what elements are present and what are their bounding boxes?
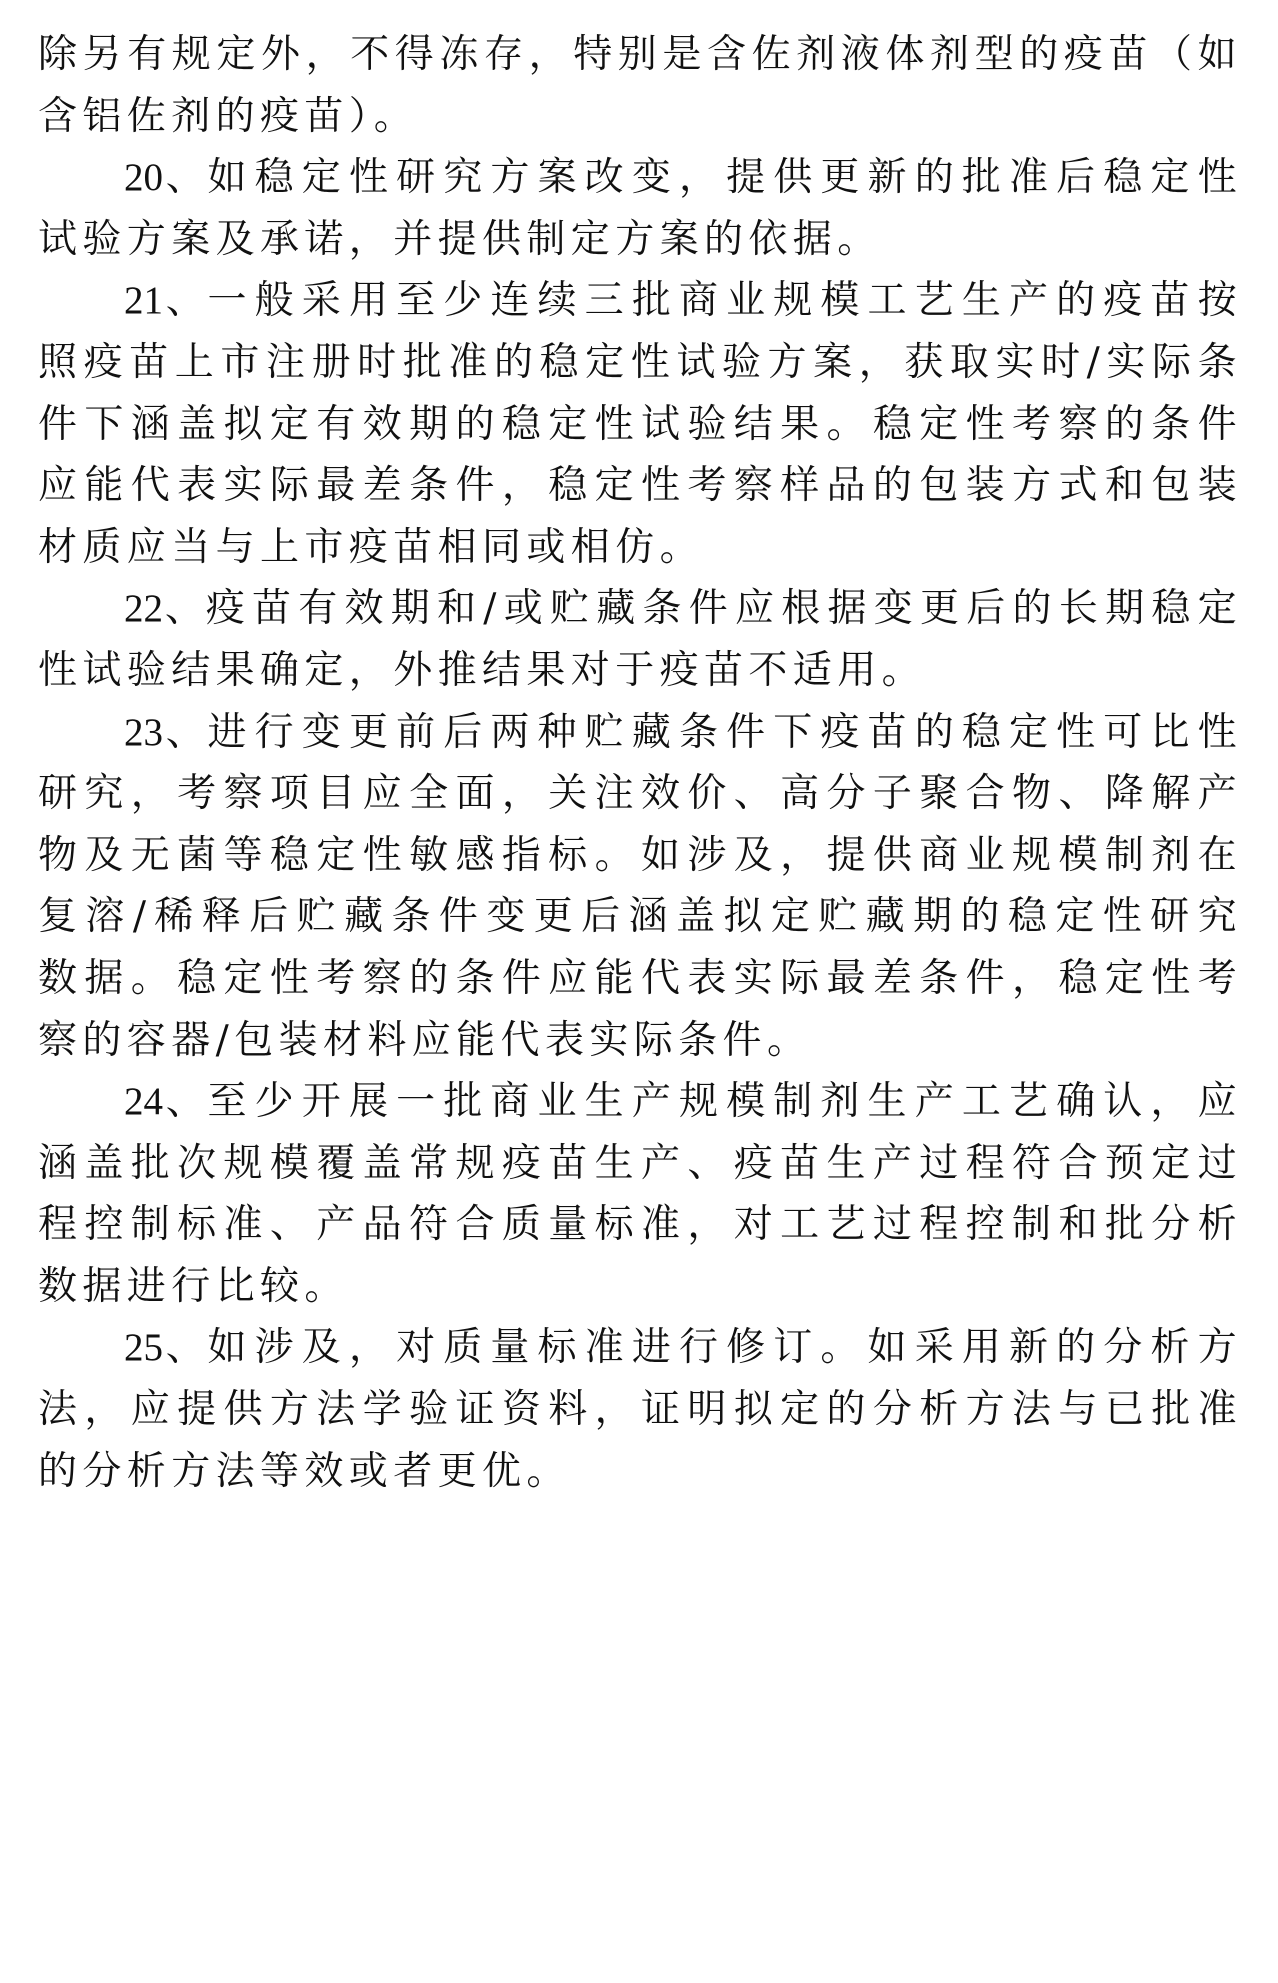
text-line: 除另有规定外，不得冻存，特别是含佐剂液体剂型的疫苗（如 (38, 24, 1242, 86)
text-line: 20、如稳定性研究方案改变，提供更新的批准后稳定性 (38, 147, 1242, 209)
text-segment: 疫苗有效期和/或贮藏条件应根据变更后的长期稳定 (206, 586, 1242, 631)
paragraph-item-23: 23、进行变更前后两种贮藏条件下疫苗的稳定性可比性 研究，考察项目应全面，关注效… (38, 702, 1242, 1072)
text-segment: 至少开展一批商业生产规模制剂生产工艺确认，应 (208, 1079, 1242, 1124)
text-line: 材质应当与上市疫苗相同或相仿。 (38, 517, 1242, 579)
text-line: 的分析方法等效或者更优。 (38, 1441, 1242, 1503)
text-line: 物及无菌等稳定性敏感指标。如涉及，提供商业规模制剂在 (38, 825, 1242, 887)
text-line: 22、疫苗有效期和/或贮藏条件应根据变更后的长期稳定 (38, 578, 1242, 640)
item-number: 23、 (124, 711, 208, 754)
paragraph-item-20: 20、如稳定性研究方案改变，提供更新的批准后稳定性 试验方案及承诺，并提供制定方… (38, 147, 1242, 270)
text-line: 数据。稳定性考察的条件应能代表实际最差条件，稳定性考 (38, 948, 1242, 1010)
text-line: 数据进行比较。 (38, 1256, 1242, 1318)
text-line: 涵盖批次规模覆盖常规疫苗生产、疫苗生产过程符合预定过 (38, 1133, 1242, 1195)
text-line: 法，应提供方法学验证资料，证明拟定的分析方法与已批准 (38, 1379, 1242, 1441)
item-number: 22、 (124, 587, 206, 630)
text-line: 24、至少开展一批商业生产规模制剂生产工艺确认，应 (38, 1071, 1242, 1133)
paragraph-item-25: 25、如涉及，对质量标准进行修订。如采用新的分析方 法，应提供方法学验证资料，证… (38, 1317, 1242, 1502)
text-line: 复溶/稀释后贮藏条件变更后涵盖拟定贮藏期的稳定性研究 (38, 886, 1242, 948)
text-line: 性试验结果确定，外推结果对于疫苗不适用。 (38, 640, 1242, 702)
paragraph-item-24: 24、至少开展一批商业生产规模制剂生产工艺确认，应 涵盖批次规模覆盖常规疫苗生产… (38, 1071, 1242, 1317)
text-segment: 如涉及，对质量标准进行修订。如采用新的分析方 (208, 1325, 1242, 1370)
paragraph-item-22: 22、疫苗有效期和/或贮藏条件应根据变更后的长期稳定 性试验结果确定，外推结果对… (38, 578, 1242, 701)
text-line: 21、一般采用至少连续三批商业规模工艺生产的疫苗按 (38, 270, 1242, 332)
item-number: 24、 (124, 1080, 208, 1123)
item-number: 20、 (124, 156, 208, 199)
item-number: 25、 (124, 1326, 208, 1369)
text-line: 照疫苗上市注册时批准的稳定性试验方案，获取实时/实际条 (38, 332, 1242, 394)
document-page: 除另有规定外，不得冻存，特别是含佐剂液体剂型的疫苗（如 含铝佐剂的疫苗）。 20… (38, 24, 1242, 1502)
text-segment: 一般采用至少连续三批商业规模工艺生产的疫苗按 (208, 278, 1242, 323)
paragraph-item-21: 21、一般采用至少连续三批商业规模工艺生产的疫苗按 照疫苗上市注册时批准的稳定性… (38, 270, 1242, 578)
text-line: 应能代表实际最差条件，稳定性考察样品的包装方式和包装 (38, 455, 1242, 517)
text-line: 25、如涉及，对质量标准进行修订。如采用新的分析方 (38, 1317, 1242, 1379)
text-segment: 进行变更前后两种贮藏条件下疫苗的稳定性可比性 (208, 710, 1242, 755)
text-line: 23、进行变更前后两种贮藏条件下疫苗的稳定性可比性 (38, 702, 1242, 764)
text-line: 试验方案及承诺，并提供制定方案的依据。 (38, 209, 1242, 271)
text-line: 研究，考察项目应全面，关注效价、高分子聚合物、降解产 (38, 763, 1242, 825)
text-line: 含铝佐剂的疫苗）。 (38, 86, 1242, 148)
text-line: 程控制标准、产品符合质量标准，对工艺过程控制和批分析 (38, 1194, 1242, 1256)
text-line: 件下涵盖拟定有效期的稳定性试验结果。稳定性考察的条件 (38, 394, 1242, 456)
text-line: 察的容器/包装材料应能代表实际条件。 (38, 1010, 1242, 1072)
item-number: 21、 (124, 279, 208, 322)
text-segment: 如稳定性研究方案改变，提供更新的批准后稳定性 (208, 155, 1242, 200)
paragraph-continuation: 除另有规定外，不得冻存，特别是含佐剂液体剂型的疫苗（如 含铝佐剂的疫苗）。 (38, 24, 1242, 147)
